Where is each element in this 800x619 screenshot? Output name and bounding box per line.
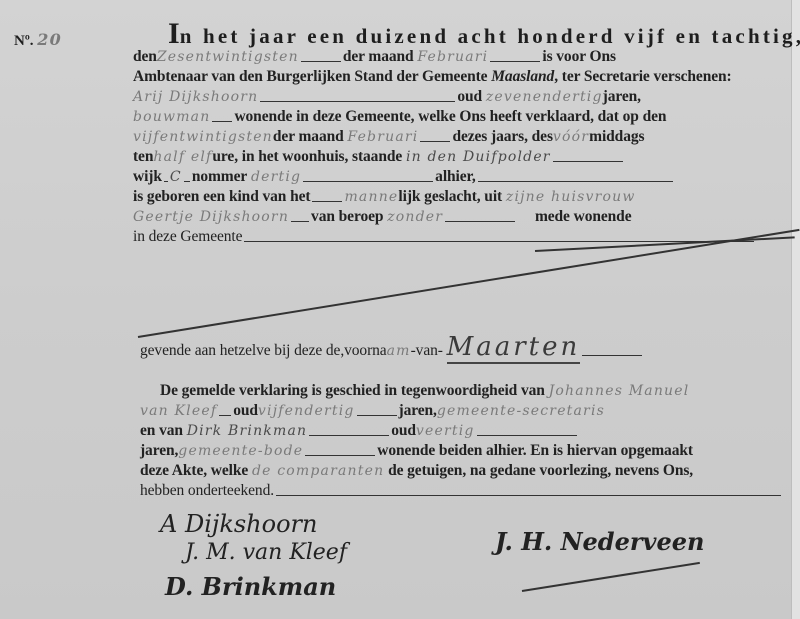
text: voorna [344, 342, 386, 359]
text: nommer [192, 168, 247, 185]
line-signed: hebben onderteekend. [140, 482, 783, 500]
line-address: wijkCnommer dertigalhier, [133, 168, 675, 186]
text: , ter Secretarie verschenen: [554, 68, 731, 85]
handwritten-house-number: dertig [251, 169, 301, 185]
line-mother: Geertje Dijkshoornvan beroep zonder mede… [133, 208, 631, 226]
text: van beroep [311, 208, 383, 225]
line-date: denZesentwintigstender maand Februariis … [133, 48, 616, 66]
text: wijk [133, 168, 162, 185]
heading-initial: I [168, 17, 180, 50]
handwritten-witness1-first: Johannes Manuel [549, 383, 690, 399]
line-birthdate: vijfentwintigstender maand Februaridezes… [133, 128, 644, 146]
line-birthplace: tenhalf elfure, in het woonhuis, staande… [133, 148, 625, 166]
text: gevende aan hetzelve bij deze de [140, 342, 340, 359]
text: Ambtenaar van den Burgerlijken Stand der… [133, 68, 491, 85]
text: dezes jaars, des [452, 128, 552, 145]
text: wonende in deze Gemeente, welke Ons heef… [234, 108, 666, 125]
signature-father: A Dijkshoorn [160, 510, 317, 538]
text: mede wonende [535, 208, 632, 225]
line-occupation: bouwmanwonende in deze Gemeente, welke O… [133, 108, 666, 126]
text: in deze Gemeente [133, 228, 242, 245]
text: oud [233, 402, 258, 419]
line-given-name: gevende aan hetzelve bij deze de,voornaa… [140, 338, 644, 360]
handwritten-declarant: Arij Dijkshoorn [133, 89, 258, 105]
line-witnesses-intro: De gemelde verklaring is geschied in teg… [160, 382, 689, 400]
heading-text: n het jaar een duizend acht honderd vijf… [180, 24, 800, 48]
text: jaren, [603, 88, 641, 105]
line-deed: deze Akte, welke de comparanten de getui… [140, 462, 693, 480]
text: den [133, 48, 157, 65]
text: ten [133, 148, 153, 165]
handwritten-age: zevenendertig [486, 89, 603, 105]
text: is voor Ons [542, 48, 616, 65]
handwritten-mother-relation: zijne huisvrouw [506, 189, 636, 205]
handwritten-witness1-age: vijfendertig [258, 403, 355, 419]
handwritten-occupation: bouwman [133, 109, 210, 125]
handwritten-gender: manne [344, 189, 398, 205]
handwritten-mother-name: Geertje Dijkshoorn [133, 209, 289, 225]
handwritten-month: Februari [417, 49, 488, 65]
document-heading: In het jaar een duizend acht honderd vij… [168, 17, 800, 51]
text: wonende beiden alhier. En is hiervan opg… [377, 442, 693, 459]
handwritten-time-of-day: vóór [553, 129, 589, 145]
handwritten-hour: half elf [153, 149, 212, 165]
line-official: Ambtenaar van den Burgerlijken Stand der… [133, 68, 732, 86]
line-declarant: Arij Dijkshoornoud zevenendertigjaren, [133, 88, 641, 106]
handwritten-witness2-occupation: gemeente-bode [178, 443, 303, 459]
text: oud [391, 422, 416, 439]
handwritten-birth-month: Februari [347, 129, 418, 145]
text: oud [457, 88, 482, 105]
text: middags [589, 128, 644, 145]
number-label: Nº. [14, 33, 34, 49]
text: ure, in het woonhuis, staande [212, 148, 402, 165]
handwritten-suffix: am [387, 343, 411, 359]
text: der maand [343, 48, 414, 65]
line-witness2-occupation: jaren,gemeente-bodewonende beiden alhier… [140, 442, 693, 460]
handwritten-witness2-age: veertig [416, 423, 475, 439]
text: jaren, [140, 442, 178, 459]
handwritten-ward: C [170, 169, 182, 185]
handwritten-day: Zesentwintigsten [157, 49, 299, 65]
signature-underline [522, 562, 700, 592]
text: der maand [273, 128, 344, 145]
child-given-name: Maarten [447, 332, 581, 364]
text: van [416, 342, 438, 359]
signature-witness2: D. Brinkman [165, 572, 336, 601]
record-number: Nº. 20 [14, 30, 62, 50]
text: is geboren een kind van het [133, 188, 310, 205]
birth-certificate-page: Nº. 20 In het jaar een duizend acht hond… [0, 0, 800, 619]
signature-witness1: J. M. van Kleef [185, 540, 347, 565]
handwritten-birth-day: vijfentwintigsten [133, 129, 273, 145]
line-gender: is geboren een kind van hetmannelijk ges… [133, 188, 636, 206]
line-witness1: van Kleefoudvijfendertigjaren,gemeente-s… [140, 402, 605, 420]
text: alhier, [435, 168, 476, 185]
text: en van [140, 422, 183, 439]
handwritten-witness2-name: Dirk Brinkman [187, 423, 308, 439]
handwritten-location: in den Duifpolder [406, 149, 551, 165]
text: jaren, [399, 402, 437, 419]
handwritten-mother-occupation: zonder [387, 209, 443, 225]
page-edge [791, 0, 800, 619]
text: de getuigen, na gedane voorlezing, neven… [388, 462, 693, 479]
number-value: 20 [37, 30, 62, 49]
text: hebben onderteekend. [140, 482, 274, 499]
text: De gemelde verklaring is geschied in teg… [160, 382, 545, 399]
handwritten-parties: de comparanten [252, 463, 384, 479]
handwritten-witness1-occupation: gemeente-secretaris [437, 403, 605, 419]
municipality-name: Maasland [491, 68, 554, 85]
text: lijk geslacht, uit [398, 188, 502, 205]
text: deze Akte, welke [140, 462, 248, 479]
signature-registrar: J. H. Nederveen [495, 527, 704, 556]
handwritten-witness1-surname: van Kleef [140, 403, 217, 419]
line-witness2: en van Dirk Brinkmanoudveertig [140, 422, 579, 440]
